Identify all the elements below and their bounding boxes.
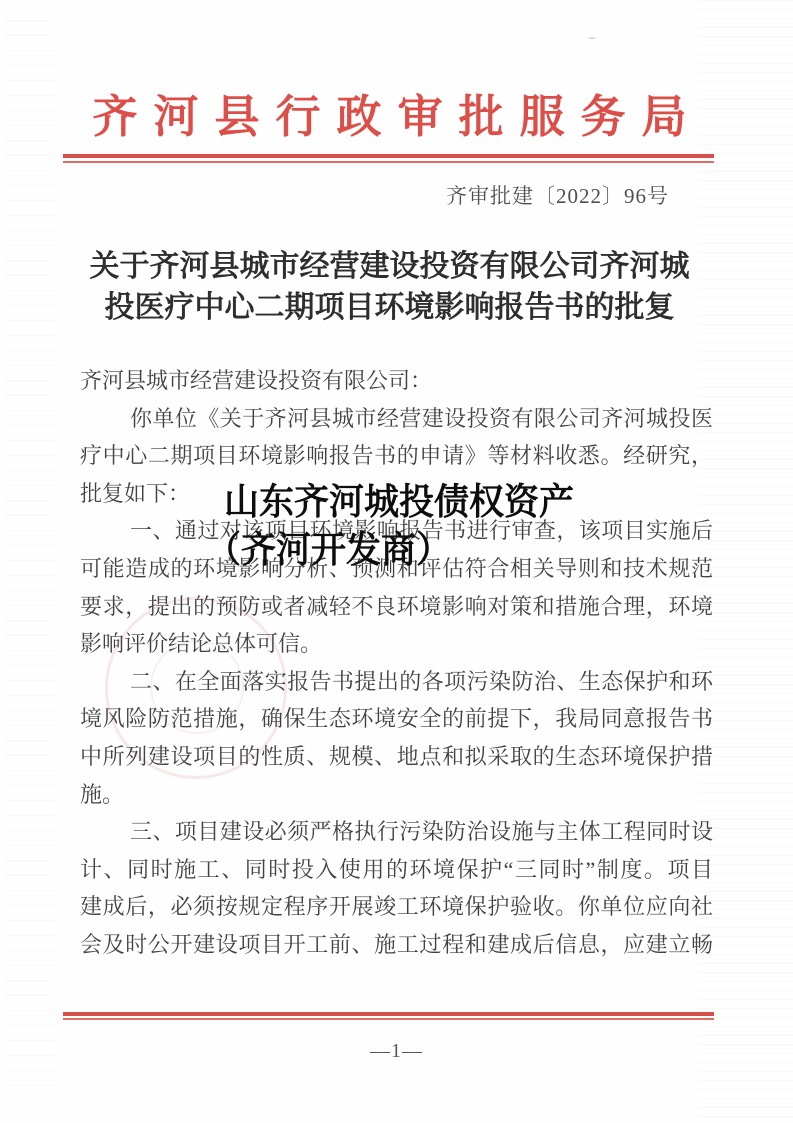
body-line: 三、项目建设必须严格执行污染防治设施与主体工程同时设 — [80, 813, 713, 851]
footer-rule-thin — [63, 1018, 714, 1020]
body-line: 施。 — [80, 776, 713, 814]
body-line: 中所列建设项目的性质、规模、地点和拟采取的生态环境保护措 — [80, 738, 713, 776]
document-body: 齐河县城市经营建设投资有限公司： 你单位《关于齐河县城市经营建设投资有限公司齐河… — [80, 362, 713, 964]
letterhead-agency-name: 齐河县行政审批服务局 — [63, 92, 716, 142]
footer-rule-thick — [63, 1012, 714, 1016]
scan-noise-left — [4, 20, 54, 1100]
body-line: 要求，提出的预防或者减轻不良环境影响对策和措施合理，环境 — [80, 588, 713, 626]
scan-speck — [589, 37, 595, 39]
body-line: 境风险防范措施，确保生态环境安全的前提下，我局同意报告书 — [80, 700, 713, 738]
body-line: 建成后，必须按规定程序开展竣工环境保护验收。你单位应向社 — [80, 888, 713, 926]
document-title-line-1: 关于齐河县城市经营建设投资有限公司齐河城 — [63, 246, 716, 287]
body-line: 影响评价结论总体可信。 — [80, 625, 713, 663]
document-title: 关于齐河县城市经营建设投资有限公司齐河城 投医疗中心二期项目环境影响报告书的批复 — [63, 246, 716, 328]
body-line: 齐河县城市经营建设投资有限公司： — [80, 362, 713, 400]
body-line: 计、同时施工、同时投入使用的环境保护“三同时”制度。项目 — [80, 851, 713, 889]
letterhead-rule-thick — [63, 154, 714, 158]
overlay-caption-line-1: 山东齐河城投债权资产 — [224, 484, 574, 521]
letterhead-rule-thin — [63, 161, 714, 163]
page-number: —1— — [0, 1040, 793, 1063]
document-title-line-2: 投医疗中心二期项目环境影响报告书的批复 — [63, 287, 716, 328]
body-line: 疗中心二期项目环境影响报告书的申请》等材料收悉。经研究， — [80, 437, 713, 475]
document-number: 齐审批建〔2022〕96号 — [446, 180, 669, 210]
body-line: 你单位《关于齐河县城市经营建设投资有限公司齐河城投医 — [80, 400, 713, 438]
body-line: 会及时公开建设项目开工前、施工过程和建成后信息，应建立畅 — [80, 926, 713, 964]
overlay-caption-line-2: （齐河开发商） — [206, 532, 451, 569]
scanned-document-page: 齐河县行政审批服务局 齐审批建〔2022〕96号 关于齐河县城市经营建设投资有限… — [0, 0, 793, 1123]
body-line: 二、在全面落实报告书提出的各项污染防治、生态保护和环 — [80, 663, 713, 701]
